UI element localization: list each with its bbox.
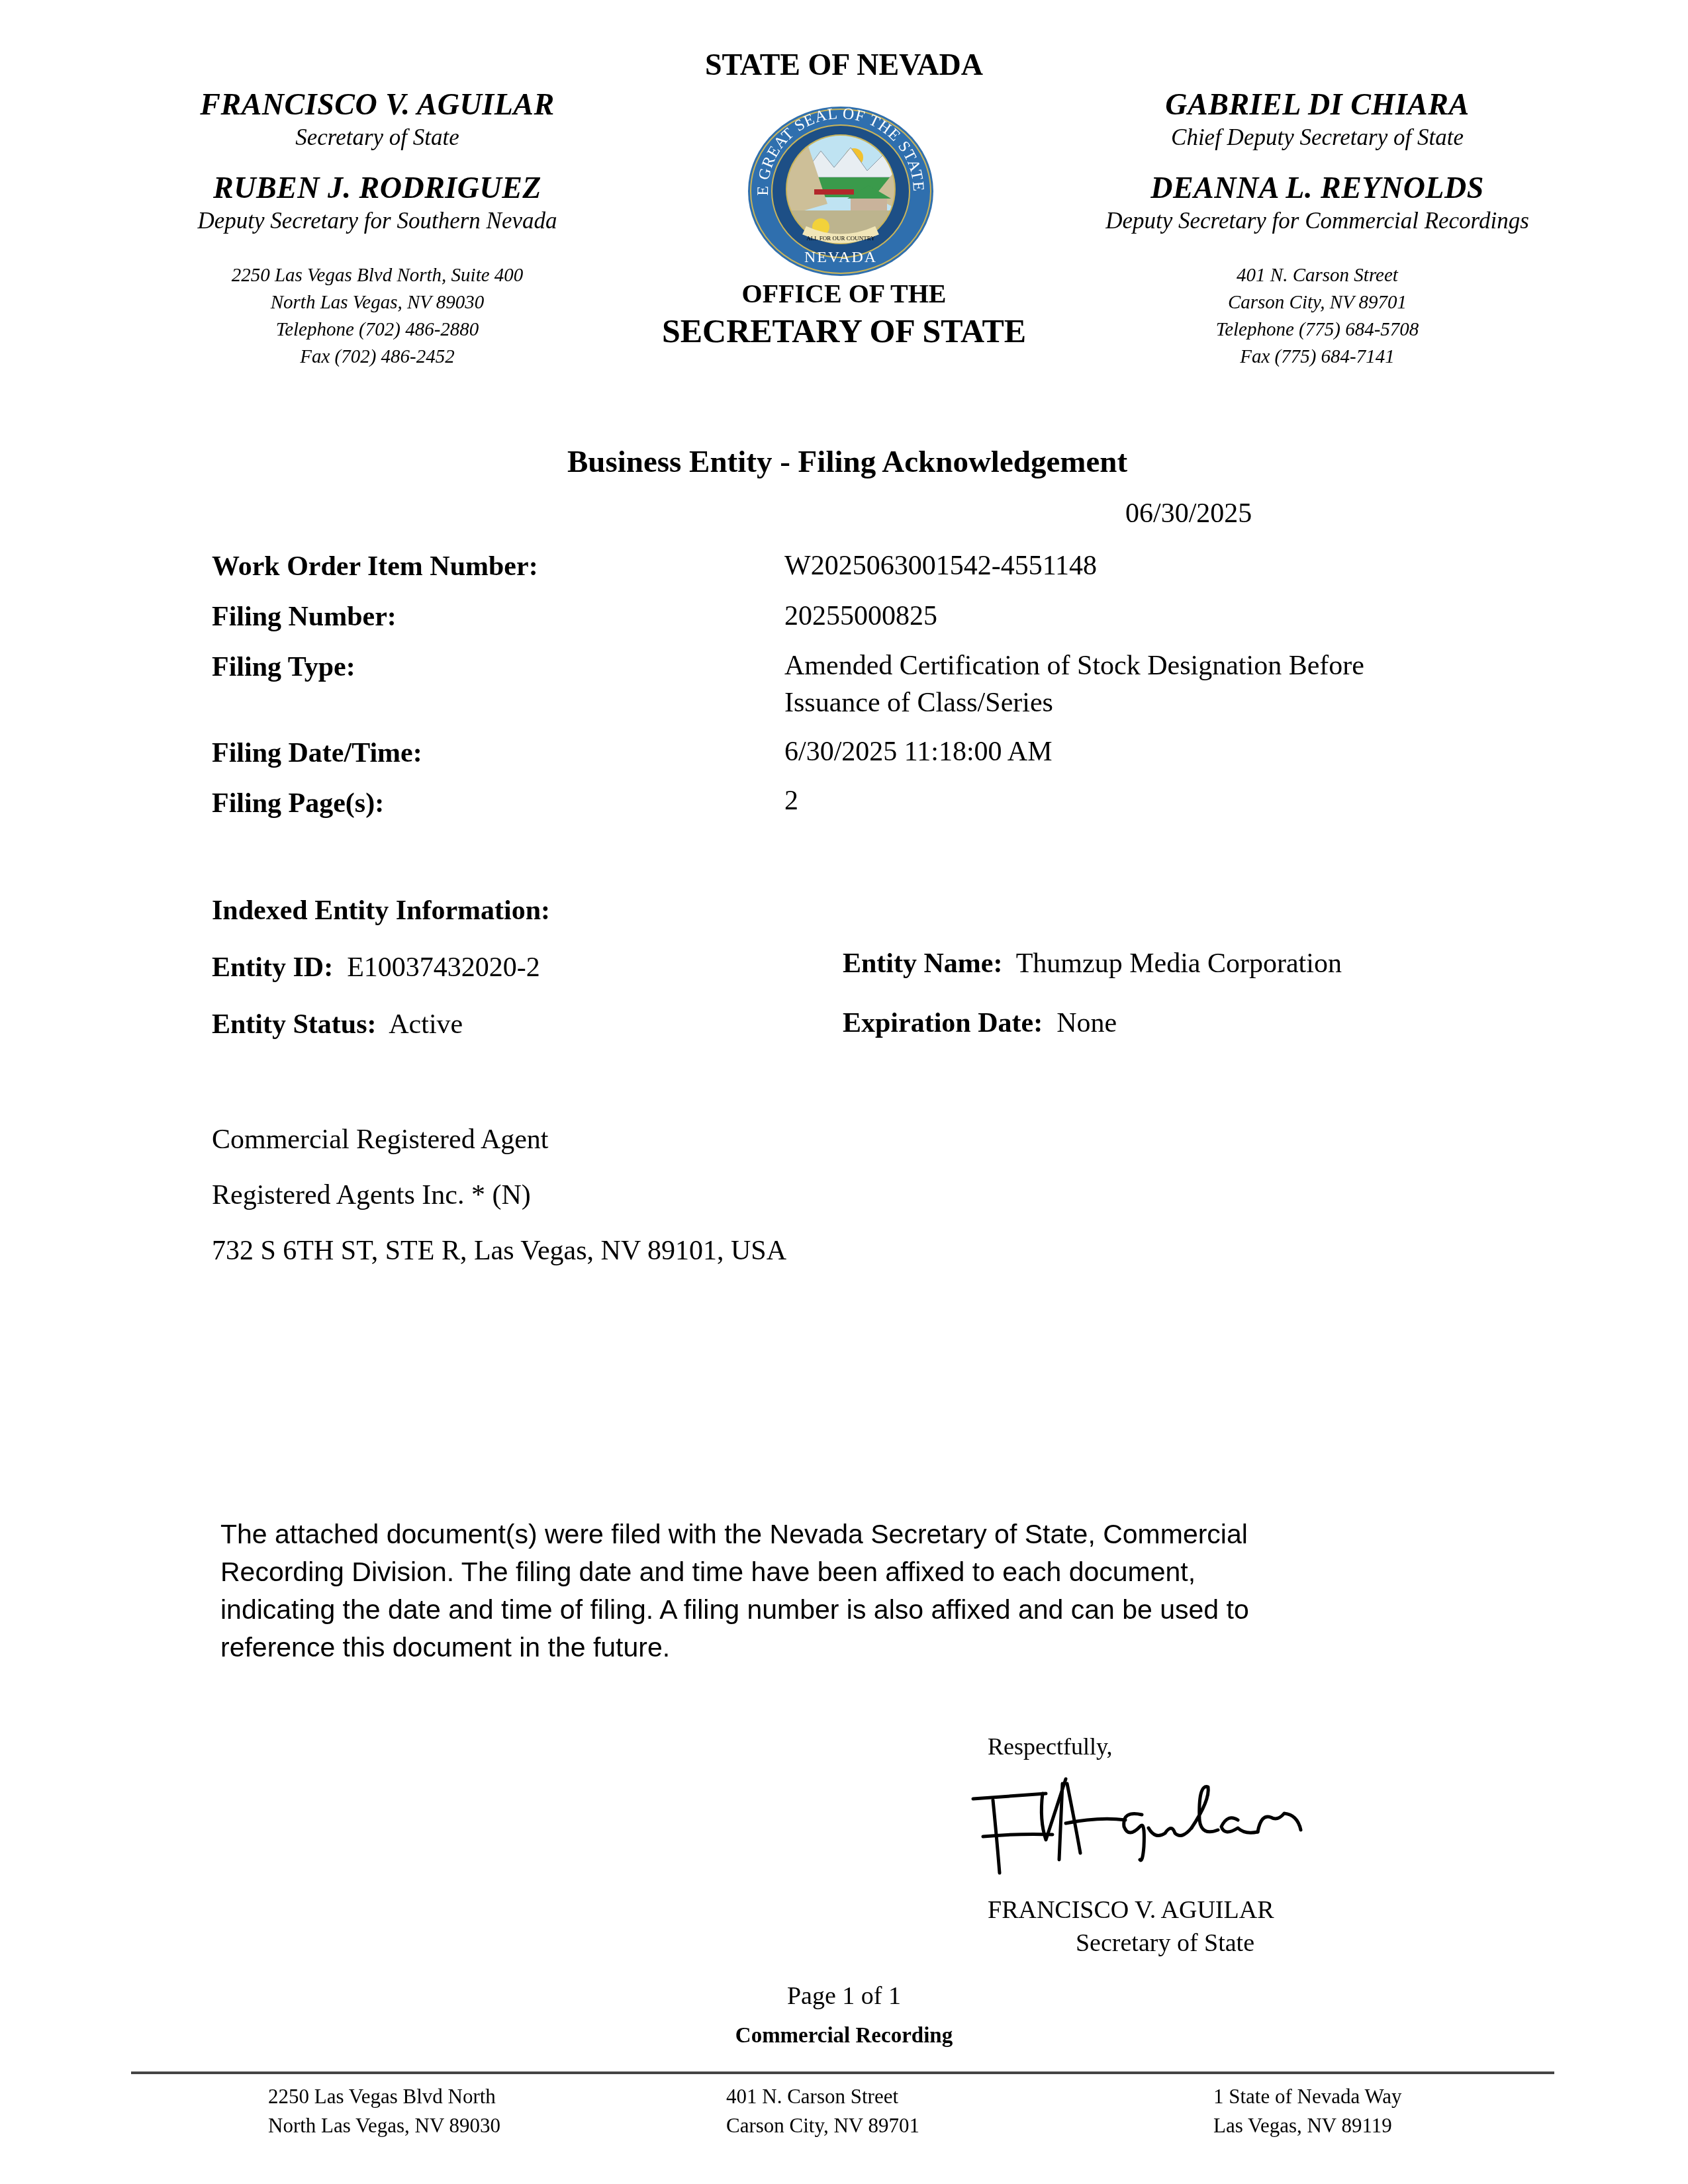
office-title-line1: OFFICE OF THE bbox=[596, 278, 1092, 310]
footer-address-carson-city: 401 N. Carson Street Carson City, NV 897… bbox=[726, 2082, 919, 2140]
address-line: 401 N. Carson Street bbox=[1033, 262, 1602, 289]
entity-id: Entity ID: E10037432020-2 bbox=[212, 950, 540, 985]
filing-number-label: Filing Number: bbox=[212, 600, 397, 634]
work-order-label: Work Order Item Number: bbox=[212, 549, 538, 584]
officer-title: Deputy Secretary for Commercial Recordin… bbox=[1033, 206, 1602, 236]
agent-address: 732 S 6TH ST, STE R, Las Vegas, NV 89101… bbox=[212, 1234, 786, 1268]
office-address: 2250 Las Vegas Blvd North, Suite 400 Nor… bbox=[119, 262, 635, 371]
footer-address-north-las-vegas: 2250 Las Vegas Blvd North North Las Vega… bbox=[268, 2082, 500, 2140]
entity-name-value: Thumzup Media Corporation bbox=[1016, 948, 1342, 979]
division-name: Commercial Recording bbox=[662, 2021, 1026, 2050]
entity-name-label: Entity Name: bbox=[843, 948, 1002, 979]
work-order-value: W2025063001542-4551148 bbox=[784, 547, 1513, 584]
signature-icon bbox=[966, 1774, 1417, 1880]
officer-name: RUBEN J. RODRIGUEZ bbox=[119, 169, 635, 206]
paragraph-line: indicating the date and time of filing. … bbox=[220, 1591, 1465, 1629]
officer-name: GABRIEL DI CHIARA bbox=[1033, 86, 1602, 123]
officer-title: Secretary of State bbox=[119, 123, 635, 152]
filing-datetime-label: Filing Date/Time: bbox=[212, 736, 422, 770]
address-line: Carson City, NV 89701 bbox=[1033, 289, 1602, 316]
address-line: 1 State of Nevada Way bbox=[1213, 2082, 1401, 2111]
phone-line: Telephone (702) 486-2880 bbox=[119, 316, 635, 343]
officer-title: Deputy Secretary for Southern Nevada bbox=[119, 206, 635, 236]
paragraph-line: reference this document in the future. bbox=[220, 1629, 1465, 1666]
office-address: 401 N. Carson Street Carson City, NV 897… bbox=[1033, 262, 1602, 371]
address-line: Carson City, NV 89701 bbox=[726, 2111, 919, 2140]
agent-type: Commercial Registered Agent bbox=[212, 1122, 549, 1157]
address-line: North Las Vegas, NV 89030 bbox=[119, 289, 635, 316]
address-line: 2250 Las Vegas Blvd North, Suite 400 bbox=[119, 262, 635, 289]
header-left-officers: FRANCISCO V. AGUILAR Secretary of State … bbox=[119, 86, 635, 371]
phone-line: Telephone (775) 684-5708 bbox=[1033, 316, 1602, 343]
document-title: Business Entity - Filing Acknowledgement bbox=[331, 442, 1364, 482]
expiration-date-value: None bbox=[1056, 1008, 1117, 1038]
signer-name: FRANCISCO V. AGUILAR bbox=[988, 1894, 1274, 1926]
entity-id-value: E10037432020-2 bbox=[347, 952, 540, 983]
expiration-date-label: Expiration Date: bbox=[843, 1008, 1043, 1038]
address-line: North Las Vegas, NV 89030 bbox=[268, 2111, 500, 2140]
entity-status: Entity Status: Active bbox=[212, 1007, 463, 1042]
nevada-state-seal-icon: THE GREAT SEAL OF THE STATE OF NEVADA AL… bbox=[741, 105, 940, 278]
closing-salutation: Respectfully, bbox=[988, 1731, 1113, 1762]
paragraph-line: The attached document(s) were filed with… bbox=[220, 1516, 1465, 1553]
filing-number-value: 20255000825 bbox=[784, 598, 1513, 635]
filing-type-value-line2: Issuance of Class/Series bbox=[784, 684, 1513, 721]
document-date: 06/30/2025 bbox=[1125, 496, 1324, 531]
entity-status-label: Entity Status: bbox=[212, 1009, 377, 1040]
filing-notice-paragraph: The attached document(s) were filed with… bbox=[220, 1516, 1465, 1666]
address-line: 2250 Las Vegas Blvd North bbox=[268, 2082, 500, 2111]
officer-name: FRANCISCO V. AGUILAR bbox=[119, 86, 635, 123]
footer-address-las-vegas: 1 State of Nevada Way Las Vegas, NV 8911… bbox=[1213, 2082, 1401, 2140]
fax-line: Fax (702) 486-2452 bbox=[119, 343, 635, 371]
address-line: Las Vegas, NV 89119 bbox=[1213, 2111, 1401, 2140]
header-right-officers: GABRIEL DI CHIARA Chief Deputy Secretary… bbox=[1033, 86, 1602, 371]
state-title: STATE OF NEVADA bbox=[596, 46, 1092, 83]
office-title-line2: SECRETARY OF STATE bbox=[583, 311, 1105, 351]
officer-title: Chief Deputy Secretary of State bbox=[1033, 123, 1602, 152]
filing-datetime-value: 6/30/2025 11:18:00 AM bbox=[784, 733, 1513, 770]
indexed-entity-heading: Indexed Entity Information: bbox=[212, 893, 550, 928]
expiration-date: Expiration Date: None bbox=[843, 1006, 1117, 1040]
filing-pages-value: 2 bbox=[784, 782, 1513, 819]
svg-text:NEVADA: NEVADA bbox=[804, 249, 877, 266]
filing-pages-label: Filing Page(s): bbox=[212, 786, 384, 821]
paragraph-line: Recording Division. The filing date and … bbox=[220, 1553, 1465, 1591]
filing-type-label: Filing Type: bbox=[212, 650, 355, 684]
entity-id-label: Entity ID: bbox=[212, 952, 333, 983]
officer-name: DEANNA L. REYNOLDS bbox=[1033, 169, 1602, 206]
page-number: Page 1 of 1 bbox=[662, 1980, 1026, 2012]
svg-text:ALL FOR OUR COUNTRY: ALL FOR OUR COUNTRY bbox=[806, 235, 875, 242]
footer-divider bbox=[131, 2071, 1554, 2074]
agent-name: Registered Agents Inc. * (N) bbox=[212, 1178, 531, 1212]
filing-type-value: Amended Certification of Stock Designati… bbox=[784, 647, 1513, 684]
fax-line: Fax (775) 684-7141 bbox=[1033, 343, 1602, 371]
address-line: 401 N. Carson Street bbox=[726, 2082, 919, 2111]
entity-name: Entity Name: Thumzup Media Corporation bbox=[843, 946, 1342, 981]
entity-status-value: Active bbox=[389, 1009, 463, 1040]
signer-title: Secretary of State bbox=[927, 1927, 1403, 1959]
